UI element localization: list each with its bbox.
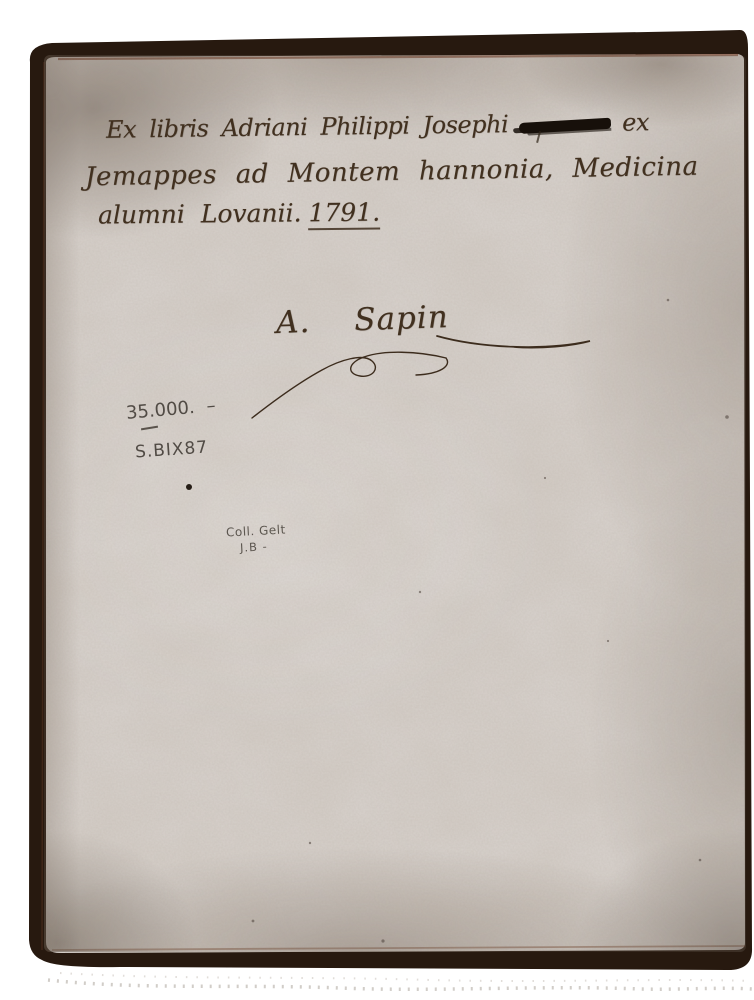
ink-dot — [186, 484, 192, 490]
flourish-paraph-arc — [416, 358, 448, 375]
collection-note-line-1: Coll. Gelt — [226, 522, 286, 539]
signature-name: Sapin — [354, 299, 450, 338]
inscription-line-2: Jemappes ad Montem hannonia, Medicina — [85, 152, 699, 193]
deckle-speckle-band — [48, 973, 752, 989]
owner-signature: A. Sapin — [275, 299, 449, 341]
dust-specks — [252, 299, 729, 943]
collection-note-line-2: J.B - — [240, 539, 268, 554]
book-base-layer — [0, 0, 754, 1000]
top-trim-line — [58, 55, 738, 59]
flourish-paraph-loop — [252, 352, 446, 418]
price-underline-mark — [141, 426, 158, 431]
signature-flourish — [0, 0, 754, 1000]
bottom-trim-line — [52, 946, 745, 950]
left-trim-line — [42, 62, 44, 950]
inscription-line-1-text: Ex libris Adriani Philippi Josephi — [106, 110, 509, 144]
inscription-line-3: alumni Lovanii.1791. — [98, 198, 380, 230]
book-photo: Ex libris Adriani Philippi Josephi ex Je… — [0, 0, 754, 1000]
price-dash: – — [206, 395, 217, 417]
ink-blot-strikethrough — [519, 117, 611, 133]
inscription-line-1-tail: ex — [622, 108, 649, 136]
paper-texture-layer — [0, 0, 754, 1000]
price-annotation: 35.000. – — [125, 395, 216, 424]
signature-initial: A. — [275, 304, 310, 341]
price-value: 35.000. — [125, 397, 195, 424]
shelfmark-annotation: S.BIX87 — [134, 437, 208, 462]
inscription-line-1: Ex libris Adriani Philippi Josephi ex — [106, 108, 649, 144]
flourish-tail — [437, 336, 590, 348]
inscription-line-3-text: alumni Lovanii. — [98, 198, 302, 229]
inscription-year: 1791. — [308, 198, 380, 231]
